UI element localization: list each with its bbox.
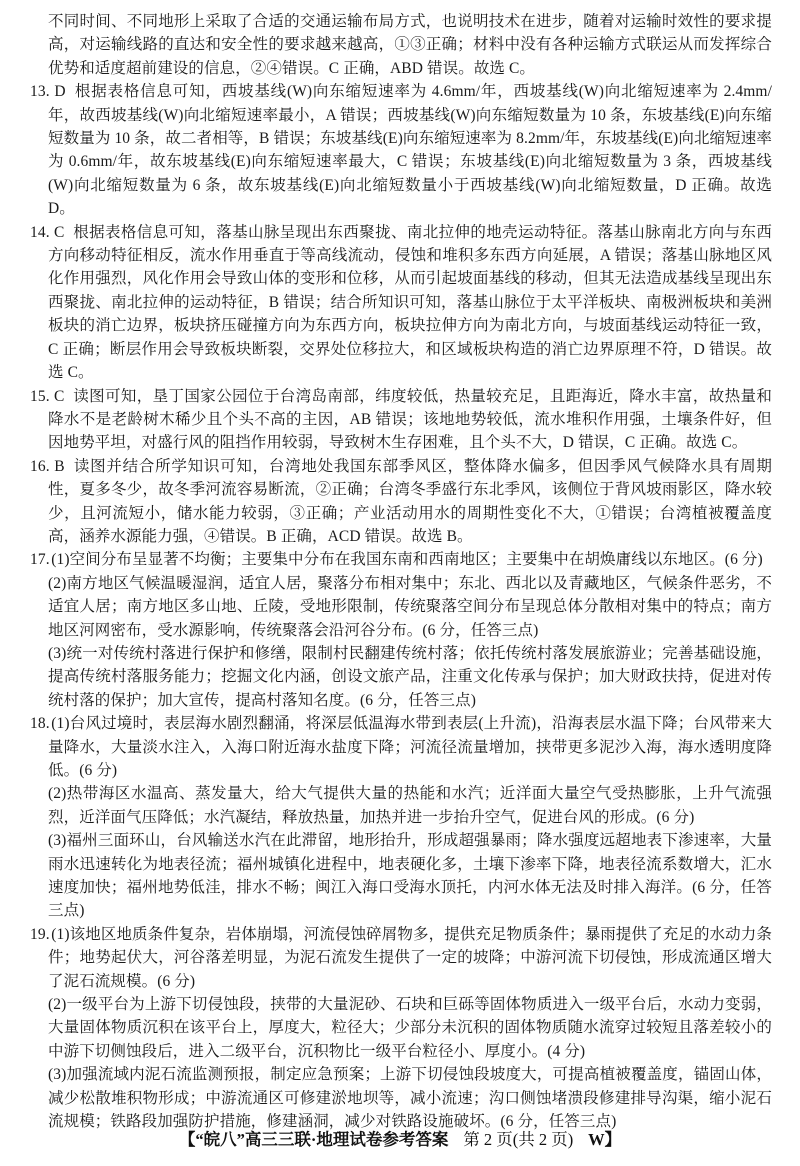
answer-16-number: 16. B xyxy=(30,458,65,475)
footer-version-code: W】 xyxy=(588,1130,621,1149)
answer-19-part1: 19.(1)该地区地质条件复杂，岩体崩塌，河流侵蚀碎屑物多，提供充足物质条件；暴… xyxy=(30,923,772,993)
answer-19-part2: (2)一级平台为上游下切侵蚀段，挟带的大量泥砂、石块和巨砾等固体物质进入一级平台… xyxy=(30,993,772,1063)
answer-17-part1-text: (1)空间分布呈显著不均衡；主要集中分布在我国东南和西南地区；主要集中在胡焕庸线… xyxy=(51,551,763,568)
answer-18-number: 18. xyxy=(30,715,50,732)
answer-sheet-page: 不同时间、不同地形上采取了合适的交通运输布局方式，也说明技术在进步，随着对运输时… xyxy=(0,0,800,1166)
footer-page-number: 第 2 页(共 2 页) xyxy=(463,1130,573,1149)
answer-14-number: 14. C xyxy=(30,224,64,241)
answer-17: 17.(1)空间分布呈显著不均衡；主要集中分布在我国东南和西南地区；主要集中在胡… xyxy=(30,548,772,712)
answer-19-part3: (3)加强流域内泥石流监测预报，制定应急预案；上游下切侵蚀段坡度大，可提高植被覆… xyxy=(30,1063,772,1133)
page-footer: 【“皖八”高三三联·地理试卷参考答案第 2 页(共 2 页)W】 xyxy=(0,1126,800,1150)
answer-17-part2: (2)南方地区气候温暖湿润，适宜人居，聚落分布相对集中；东北、西北以及青藏地区，… xyxy=(30,572,772,642)
answer-14-text: 根据表格信息可知，落基山脉呈现出东西聚拢、南北拉伸的地壳运动特征。落基山脉南北方… xyxy=(48,224,772,381)
answer-15: 15. C读图可知，垦丁国家公园位于台湾岛南部，纬度较低，热量较充足，且距海近，… xyxy=(30,385,772,455)
answer-18-part1: 18.(1)台风过境时，表层海水剧烈翻涌，将深层低温海水带到表层(上升流)，沿海… xyxy=(30,712,772,782)
answer-14: 14. C根据表格信息可知，落基山脉呈现出东西聚拢、南北拉伸的地壳运动特征。落基… xyxy=(30,221,772,385)
answer-15-number: 15. C xyxy=(30,388,64,405)
answer-16: 16. B读图并结合所学知识可知，台湾地处我国东部季风区，整体降水偏多，但因季风… xyxy=(30,455,772,549)
answer-18: 18.(1)台风过境时，表层海水剧烈翻涌，将深层低温海水带到表层(上升流)，沿海… xyxy=(30,712,772,923)
answer-18-part2: (2)热带海区水温高、蒸发量大，给大气提供大量的热能和水汽；近洋面大量空气受热膨… xyxy=(30,782,772,829)
answer-12-continuation: 不同时间、不同地形上采取了合适的交通运输布局方式，也说明技术在进步，随着对运输时… xyxy=(30,10,772,80)
answer-17-part1: 17.(1)空间分布呈显著不均衡；主要集中分布在我国东南和西南地区；主要集中在胡… xyxy=(30,548,772,571)
footer-exam-title: 【“皖八”高三三联·地理试卷参考答案 xyxy=(179,1130,449,1149)
answer-19-part1-text: (1)该地区地质条件复杂，岩体崩塌，河流侵蚀碎屑物多，提供充足物质条件；暴雨提供… xyxy=(48,926,772,990)
answer-document: 不同时间、不同地形上采取了合适的交通运输布局方式，也说明技术在进步，随着对运输时… xyxy=(30,10,772,1134)
answer-19: 19.(1)该地区地质条件复杂，岩体崩塌，河流侵蚀碎屑物多，提供充足物质条件；暴… xyxy=(30,923,772,1134)
answer-13-number: 13. D xyxy=(30,83,66,100)
answer-19-number: 19. xyxy=(30,926,50,943)
answer-15-text: 读图可知，垦丁国家公园位于台湾岛南部，纬度较低，热量较充足，且距海近，降水丰富，… xyxy=(48,388,772,452)
answer-16-text: 读图并结合所学知识可知，台湾地处我国东部季风区，整体降水偏多，但因季风气候降水具… xyxy=(48,458,772,545)
answer-13: 13. D根据表格信息可知，西坡基线(W)向东缩短速率为 4.6mm/年，西坡基… xyxy=(30,80,772,220)
answer-18-part1-text: (1)台风过境时，表层海水剧烈翻涌，将深层低温海水带到表层(上升流)，沿海表层水… xyxy=(48,715,772,779)
answer-17-number: 17. xyxy=(30,551,50,568)
answer-18-part3: (3)福州三面环山，台风输送水汽在此滞留，地形抬升，形成超强暴雨；降水强度远超地… xyxy=(30,829,772,923)
answer-13-text: 根据表格信息可知，西坡基线(W)向东缩短速率为 4.6mm/年，西坡基线(W)向… xyxy=(48,83,772,217)
answer-17-part3: (3)统一对传统村落进行保护和修缮，限制村民翻建传统村落；依托传统村落发展旅游业… xyxy=(30,642,772,712)
